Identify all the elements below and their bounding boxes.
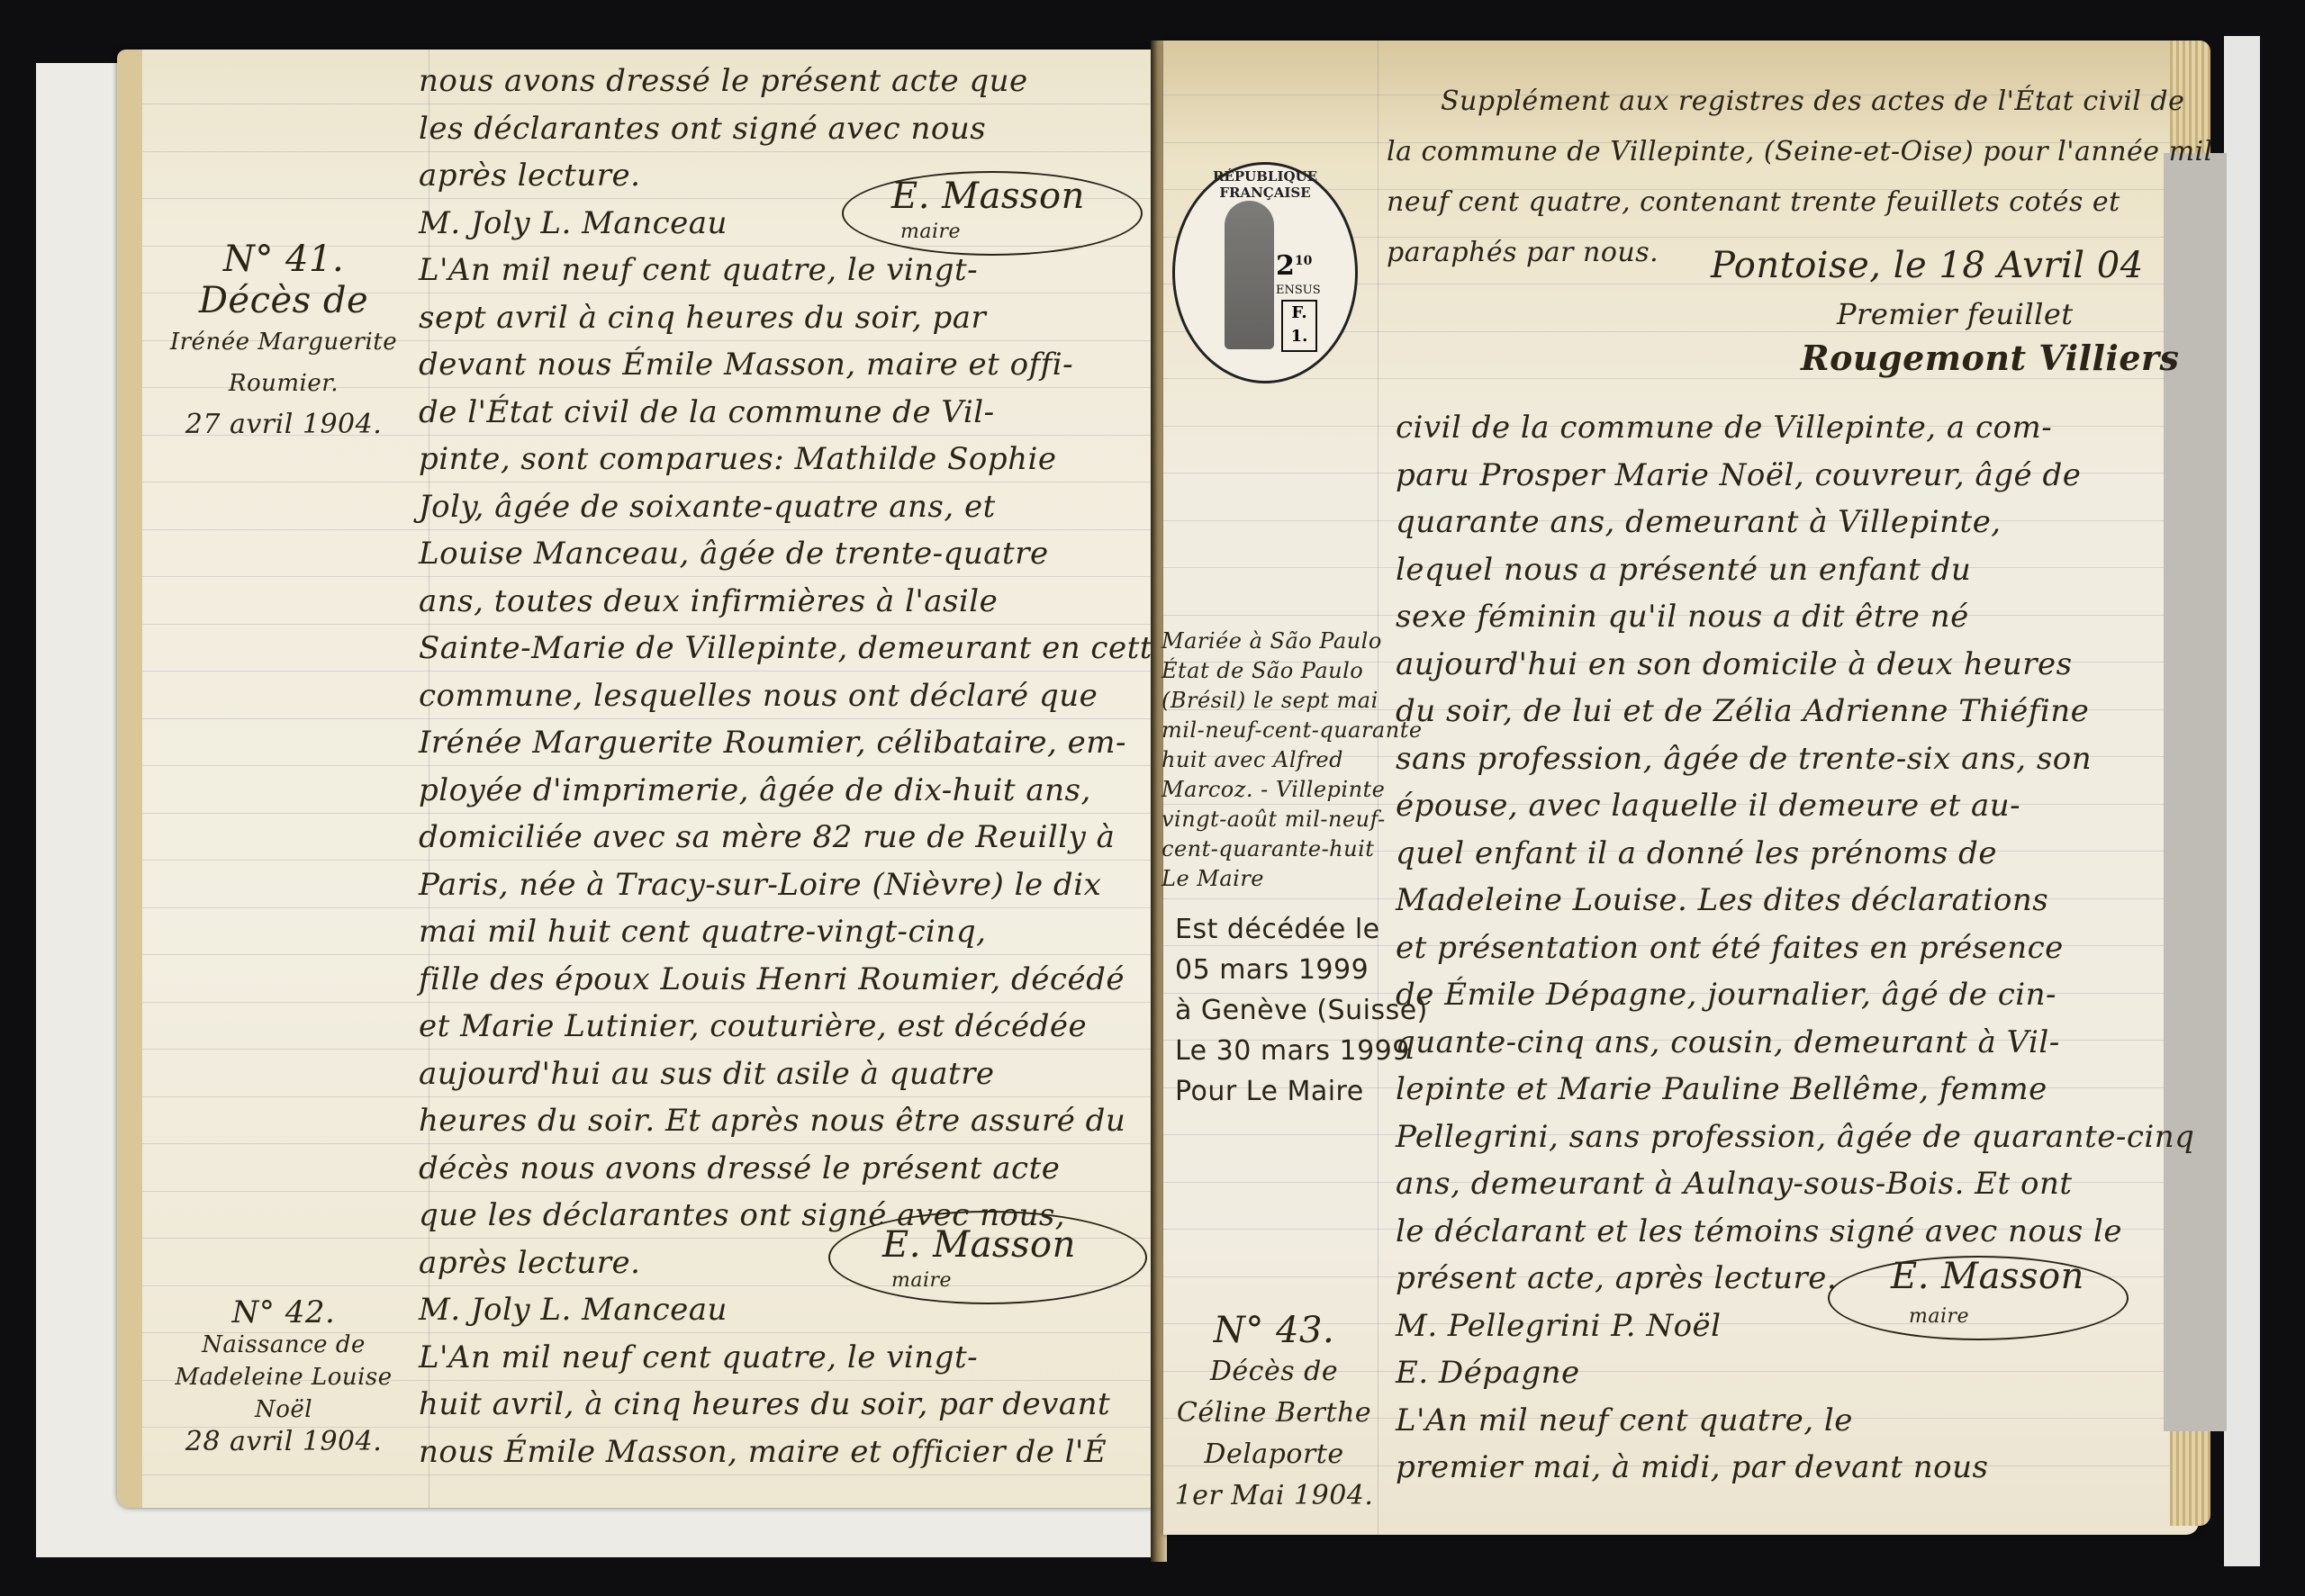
mayor-signature: E. Masson: [891, 176, 1085, 217]
ruled-line: [142, 1191, 1178, 1192]
ruled-line: [142, 104, 1178, 104]
handwritten-line: domiciliée avec sa mère 82 rue de Reuill…: [419, 819, 1115, 855]
ruled-line: [142, 151, 1178, 152]
leaf-note: Premier feuillet: [1837, 297, 2074, 331]
handwritten-line: M. Joly L. Manceau: [419, 205, 728, 241]
handwritten-line: Madeleine Louise. Les dites déclarations: [1396, 882, 2048, 918]
mayor-signature: E. Masson: [1891, 1256, 2084, 1297]
handwritten-line: État de São Paulo: [1162, 655, 1363, 687]
place-date: Pontoise, le 18 Avril 04: [1711, 245, 2144, 286]
handwritten-line: Sainte-Marie de Villepinte, demeurant en…: [419, 630, 1171, 666]
handwritten-line: premier mai, à midi, par devant nous: [1396, 1449, 1988, 1485]
ruled-line: [142, 1096, 1178, 1097]
handwritten-line: de l'État civil de la commune de Vil-: [419, 394, 995, 430]
handwritten-line: Louise Manceau, âgée de trente-quatre: [419, 536, 1049, 572]
handwritten-line: le déclarant et les témoins signé avec n…: [1396, 1213, 2122, 1249]
entry-number: N° 43.: [1162, 1310, 1387, 1351]
ruled-line: [142, 1474, 1178, 1475]
handwritten-line: fille des époux Louis Henri Roumier, déc…: [419, 961, 1125, 997]
handwritten-line: Marcoz. - Villepinte: [1162, 774, 1385, 806]
entry-date: 28 avril 1904.: [153, 1426, 414, 1458]
ruled-line: [142, 860, 1178, 861]
stamp-ring-text: RÉPUBLIQUE FRANÇAISE: [1184, 168, 1346, 201]
handwritten-line: Joly, âgée de soixante-quatre ans, et: [419, 489, 996, 525]
handwritten-line: quante-cinq ans, cousin, demeurant à Vil…: [1396, 1024, 2060, 1060]
handwritten-line: mil-neuf-cent-quarante: [1162, 715, 1423, 746]
handwritten-line: Irénée Marguerite Roumier, célibataire, …: [419, 725, 1126, 761]
handwritten-line: L'An mil neuf cent quatre, le vingt-: [419, 252, 978, 288]
mayor-title: maire: [1909, 1305, 1969, 1328]
handwritten-line: décès nous avons dressé le présent acte: [419, 1150, 1060, 1186]
handwritten-line: devant nous Émile Masson, maire et offi-: [419, 347, 1073, 383]
handwritten-line: huit avec Alfred: [1162, 744, 1343, 776]
margin-entry-41: N° 41. Décès de Irénée Marguerite Roumie…: [153, 239, 414, 446]
handwritten-line: la commune de Villepinte, (Seine-et-Oise…: [1387, 136, 2213, 167]
handwritten-line: paraphés par nous.: [1387, 237, 1659, 268]
ruled-line: [142, 954, 1178, 955]
handwritten-line: M. Pellegrini P. Noël: [1396, 1308, 1722, 1344]
handwritten-line: sans profession, âgée de trente-six ans,…: [1396, 741, 2092, 777]
handwritten-line: aujourd'hui au sus dit asile à quatre: [419, 1056, 995, 1092]
margin-entry-42: N° 42. Naissance de Madeleine Louise Noë…: [153, 1296, 414, 1458]
handwritten-line: Le 30 mars 1999: [1175, 1031, 1410, 1071]
ruled-line: [142, 671, 1178, 672]
ruled-line: [142, 482, 1178, 482]
entry-number: N° 41.: [153, 239, 414, 280]
entry-type: Décès de: [1162, 1351, 1387, 1393]
revenue-stamp: RÉPUBLIQUE FRANÇAISE 210 ENSUS F. 1.: [1172, 162, 1358, 383]
handwritten-line: aujourd'hui en son domicile à deux heure…: [1396, 646, 2073, 682]
handwritten-line: cent-quarante-huit: [1162, 834, 1374, 865]
handwritten-line: (Brésil) le sept mai: [1162, 685, 1378, 717]
handwritten-line: du soir, de lui et de Zélia Adrienne Thi…: [1396, 693, 2089, 729]
handwritten-line: et présentation ont été faites en présen…: [1396, 930, 2064, 966]
handwritten-line: E. Dépagne: [1396, 1355, 1580, 1391]
handwritten-line: L'An mil neuf cent quatre, le vingt-: [419, 1339, 978, 1375]
entry-name: Irénée Marguerite Roumier.: [153, 321, 414, 404]
handwritten-line: de Émile Dépagne, journalier, âgé de cin…: [1396, 977, 2056, 1013]
ruled-line: [142, 624, 1178, 625]
handwritten-line: Le Maire: [1162, 863, 1264, 895]
handwritten-line: sexe féminin qu'il nous a dit être né: [1396, 599, 1969, 635]
handwritten-line: Pellegrini, sans profession, âgée de qua…: [1396, 1119, 2194, 1155]
handwritten-line: paru Prosper Marie Noël, couvreur, âgé d…: [1396, 457, 2081, 493]
handwritten-line: Paris, née à Tracy-sur-Loire (Nièvre) le…: [419, 867, 1101, 903]
handwritten-line: épouse, avec laquelle il demeure et au-: [1396, 788, 2020, 824]
handwritten-line: neuf cent quatre, contenant trente feuil…: [1387, 186, 2120, 218]
leaf-signature: Rougemont Villiers: [1801, 338, 2179, 378]
ruled-line: [142, 718, 1178, 719]
handwritten-line: commune, lesquelles nous ont déclaré que: [419, 678, 1098, 714]
stamp-franc: F. 1.: [1281, 300, 1317, 352]
handwritten-line: Supplément aux registres des actes de l'…: [1441, 86, 2184, 117]
handwritten-line: heures du soir. Et après nous être assur…: [419, 1103, 1125, 1139]
entry-date: 27 avril 1904.: [153, 404, 414, 446]
ruled-line: [142, 1049, 1178, 1050]
ruled-line: [142, 813, 1178, 814]
handwritten-line: Est décédée le: [1175, 909, 1380, 950]
handwritten-line: lequel nous a présenté un enfant du: [1396, 552, 1971, 588]
handwritten-line: Mariée à São Paulo: [1162, 626, 1382, 657]
handwritten-line: ployée d'imprimerie, âgée de dix-huit an…: [419, 772, 1091, 808]
handwritten-line: lepinte et Marie Pauline Bellême, femme: [1396, 1071, 2047, 1107]
handwritten-line: Pour Le Maire: [1175, 1071, 1364, 1112]
handwritten-line: L'An mil neuf cent quatre, le: [1396, 1402, 1853, 1438]
entry-type: Naissance de: [153, 1329, 414, 1361]
ruled-line: [142, 529, 1178, 530]
ruled-line: [142, 907, 1178, 908]
stamp-value: 210: [1276, 250, 1312, 282]
entry-date: 1er Mai 1904.: [1162, 1475, 1387, 1517]
handwritten-line: à Genève (Suisse): [1175, 990, 1428, 1031]
handwritten-line: les déclarantes ont signé avec nous: [419, 111, 986, 147]
handwritten-line: huit avril, à cinq heures du soir, par d…: [419, 1386, 1110, 1422]
handwritten-line: 05 mars 1999: [1175, 950, 1369, 990]
handwritten-line: présent acte, après lecture.: [1396, 1260, 1837, 1296]
handwritten-line: civil de la commune de Villepinte, a com…: [1396, 410, 2052, 446]
handwritten-line: vingt-août mil-neuf-: [1162, 804, 1386, 835]
handwritten-line: mai mil huit cent quatre-vingt-cinq,: [419, 914, 986, 950]
mayor-title: maire: [900, 221, 961, 243]
entry-name: Madeleine Louise Noël: [153, 1361, 414, 1426]
handwritten-line: quarante ans, demeurant à Villepinte,: [1396, 504, 2002, 540]
ruled-line: [142, 576, 1178, 577]
handwritten-line: quel enfant il a donné les prénoms de: [1396, 835, 1997, 871]
entry-type: Décès de: [153, 280, 414, 321]
mayor-title: maire: [891, 1269, 952, 1292]
mount-frame: [2224, 36, 2260, 1566]
handwritten-line: ans, toutes deux infirmières à l'asile: [419, 583, 998, 619]
handwritten-line: nous avons dressé le présent acte que: [419, 63, 1028, 99]
ruled-line: [142, 765, 1178, 766]
handwritten-line: après lecture.: [419, 158, 640, 194]
marianne-figure-icon: [1225, 201, 1274, 349]
ruled-line: [142, 1002, 1178, 1003]
handwritten-line: après lecture.: [419, 1245, 640, 1281]
margin-entry-43: N° 43. Décès de Céline Berthe Delaporte …: [1162, 1310, 1387, 1517]
handwritten-line: sept avril à cinq heures du soir, par: [419, 300, 986, 336]
ruled-line: [142, 1143, 1178, 1144]
entry-number: N° 42.: [153, 1296, 414, 1329]
mayor-signature: E. Masson: [882, 1224, 1076, 1266]
handwritten-line: M. Joly L. Manceau: [419, 1292, 728, 1328]
entry-name: Céline Berthe Delaporte: [1162, 1393, 1387, 1475]
handwritten-line: ans, demeurant à Aulnay-sous-Bois. Et on…: [1396, 1166, 2073, 1202]
handwritten-line: nous Émile Masson, maire et officier de …: [419, 1434, 1107, 1470]
ruled-line: [1163, 378, 2199, 379]
stamp-sub: ENSUS: [1276, 284, 1321, 297]
handwritten-line: pinte, sont comparues: Mathilde Sophie: [419, 441, 1057, 477]
handwritten-line: et Marie Lutinier, couturière, est décéd…: [419, 1008, 1087, 1044]
